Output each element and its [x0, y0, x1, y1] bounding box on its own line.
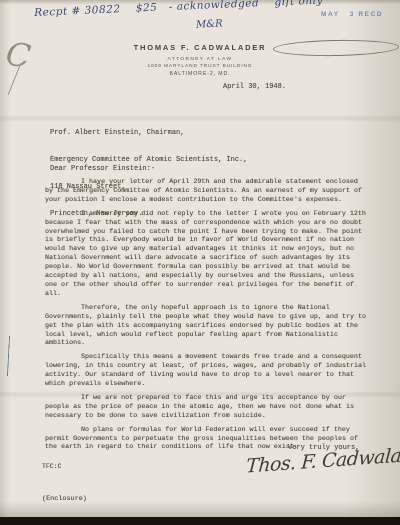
letterhead-name: THOMAS F. CADWALADER — [134, 43, 267, 52]
received-date-stamp: MAY 3 RECD — [321, 11, 383, 18]
letter-date: April 30, 1948. — [223, 83, 286, 91]
paragraph: Specifically this means a movement towar… — [45, 353, 369, 389]
paragraph: If we are not prepared to face this and … — [45, 394, 369, 421]
letterhead-oval-border — [273, 39, 399, 57]
handwritten-receipt-note: Recpt # 30822 $25 - acknowledged gift on… — [34, 0, 344, 19]
paragraph: I have your letter of April 29th and the… — [45, 178, 369, 205]
recipient-line: Prof. Albert Einstein, Chairman, — [50, 129, 247, 138]
salutation: Dear Professor Einstein:- — [50, 165, 155, 173]
paragraph: I am sorry you did not reply to the lett… — [45, 210, 369, 299]
letterhead-title: ATTORNEY AT LAW — [0, 57, 400, 62]
letter-paper: Recpt # 30822 $25 - acknowledged gift on… — [0, 0, 400, 517]
letterhead-address-city: BALTIMORE-2, MD. — [0, 71, 400, 77]
handwritten-initials: M&R — [196, 18, 223, 30]
recipient-line: Emergency Committee of Atomic Scientists… — [50, 156, 247, 165]
letter-body: I have your letter of April 29th and the… — [45, 178, 369, 457]
letterhead-address-building: 1009 MARYLAND TRUST BUILDING — [0, 64, 400, 69]
typist-initials: TFC:C — [42, 463, 62, 470]
letterhead: THOMAS F. CADWALADER ATTORNEY AT LAW 100… — [0, 37, 400, 77]
enclosure-note: (Enclosure) — [42, 495, 87, 503]
paragraph: Therefore, the only hopeful approach is … — [45, 304, 369, 349]
ink-margin-line — [7, 336, 10, 376]
